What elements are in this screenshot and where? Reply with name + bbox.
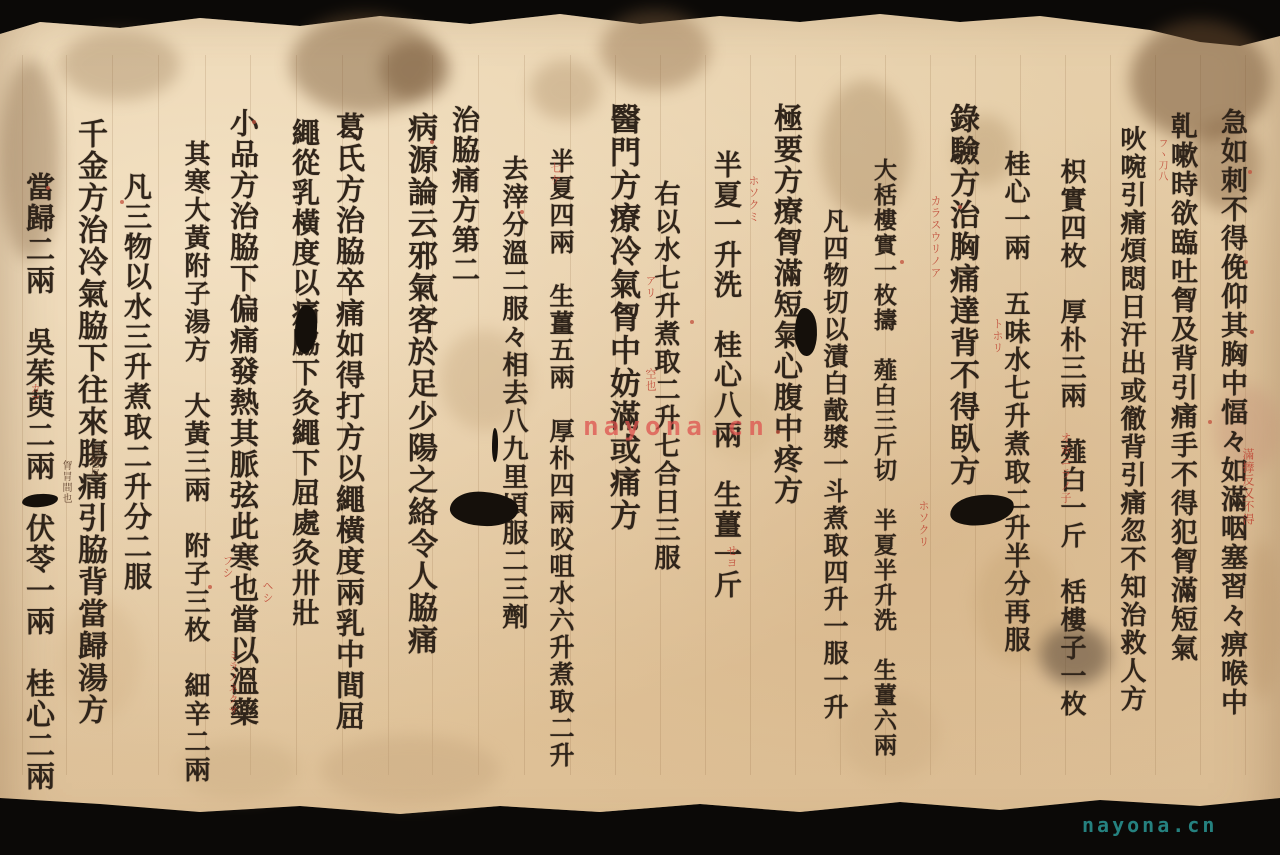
manuscript-column-16: 病源論云邪氣客於足少陽之絡令人脇痛 [404, 112, 434, 656]
column-rule-line [388, 55, 389, 775]
manuscript-column-12: 醫門方療冷氣胷中妨滿或痛方 [606, 103, 637, 532]
watermark-center: nayona.cn [583, 412, 769, 442]
ruby-annotation: 七ケ [550, 162, 561, 186]
manuscript-column-9: 極要方療胷滿短氣心腹中疼方 [772, 103, 801, 506]
manuscript-column-1: 急如刺不得俛仰其胸中愊々如滿咽塞習々痹喉中 [1218, 108, 1245, 717]
manuscript-column-21: 凡三物以水三升煮取二升分二服 [122, 172, 150, 592]
ruby-annotation: 胷冐間也 [60, 460, 70, 504]
paper-stain [380, 40, 450, 100]
manuscript-column-3: 吙啘引痛煩悶日汗出或徹背引痛忽不知治救人方 [1118, 125, 1144, 713]
red-dot [46, 186, 50, 190]
manuscript-column-13: 半夏四兩 生薑五兩 厚朴四兩㕮咀水六升煮取二升 [548, 148, 573, 769]
red-dot [900, 260, 904, 264]
red-dot [958, 205, 962, 209]
ruby-annotation: アリ [645, 275, 656, 299]
manuscript-column-22: 千金方治冷氣脇下往來膓痛引脇背當歸湯方 [74, 118, 104, 726]
red-dot [1244, 260, 1248, 264]
manuscript-column-15: 治脇痛方第二 [450, 105, 478, 285]
manuscript-column-14: 去滓分溫二服々相去八九里頃服二三劑 [500, 155, 526, 631]
manuscript-column-10: 半夏一升洗 桂心八兩 生薑一斤 [712, 150, 740, 600]
red-dot [1248, 170, 1252, 174]
red-dot [776, 430, 780, 434]
manuscript-column-7: 大栝樓實一枚擣 薤白三斤切 半夏半升洗 生薑六兩 [872, 158, 895, 758]
manuscript-column-23: 當歸二兩 吳茱萸二兩 伏苓一兩 桂心二兩 [24, 172, 53, 792]
paper-stain [1130, 20, 1270, 140]
red-dot [120, 200, 124, 204]
red-dot [690, 320, 694, 324]
ruby-annotation: ホソクリ [918, 500, 929, 548]
manuscript-column-19: 小品方治脇下偏痛發熱其脈弦此寒也當以溫藥 [228, 108, 257, 728]
red-dot [430, 140, 434, 144]
manuscript-column-20: 其寒大黃附子湯方 大黃三兩 附子三枚 細辛二兩 [182, 140, 208, 784]
watermark-bottom-right: nayona.cn [1082, 813, 1217, 837]
ruby-annotation: 空也 [645, 368, 656, 392]
red-dot [252, 120, 256, 124]
paper-stain [600, 10, 710, 90]
column-rule-line [158, 55, 159, 775]
paper-stain [530, 60, 600, 120]
ruby-annotation: 古撿反 [88, 444, 98, 477]
ruby-annotation: カア [28, 383, 38, 405]
ruby-annotation: フシ [222, 555, 233, 579]
ruby-annotation: 滿擵反又不淂 [1242, 448, 1254, 526]
ruby-annotation: オホニラノ子 [1060, 432, 1071, 504]
manuscript-column-17: 葛氏方治脇卒痛如得打方以繩橫度兩乳中間屈 [334, 112, 363, 732]
ruby-annotation: ミラノネクサ [226, 650, 236, 716]
manuscript-column-6: 錄驗方治胸痛達背不得臥方 [946, 103, 976, 487]
red-dot [1250, 330, 1254, 334]
ruby-annotation: トホリ [992, 318, 1003, 354]
column-rule-line [930, 55, 931, 775]
ruby-annotation: せヨ [726, 545, 737, 569]
ruby-annotation: フヽ刀八 [1156, 138, 1166, 182]
red-dot [208, 585, 212, 589]
paper-stain [60, 30, 180, 100]
manuscript-column-18: 繩從乳橫度以痛脇下灸繩下屈處灸卅壯 [290, 118, 318, 628]
manuscript-column-2: 乹嗽時欲臨吐胷及背引痛手不得犯胷滿短氣 [1168, 112, 1195, 663]
manuscript-column-5: 桂心一兩 五味水七升煮取二升半分再服 [1002, 150, 1028, 654]
ruby-annotation: ヘシ [262, 580, 273, 604]
manuscript-column-8: 凡四物切以漬白酨漿一斗煮取四升一服一升 [822, 208, 847, 721]
paper-stain [1245, 540, 1280, 700]
column-rule-line [1110, 55, 1111, 775]
ruby-annotation: カラスウリノア [930, 195, 941, 279]
red-dot [520, 210, 524, 214]
paper-stain [320, 735, 500, 805]
red-dot [1208, 420, 1212, 424]
manuscript-photo: 急如刺不得俛仰其胸中愊々如滿咽塞習々痹喉中乹嗽時欲臨吐胷及背引痛手不得犯胷滿短氣… [0, 0, 1280, 855]
ruby-annotation: ホソクミ [748, 175, 759, 223]
